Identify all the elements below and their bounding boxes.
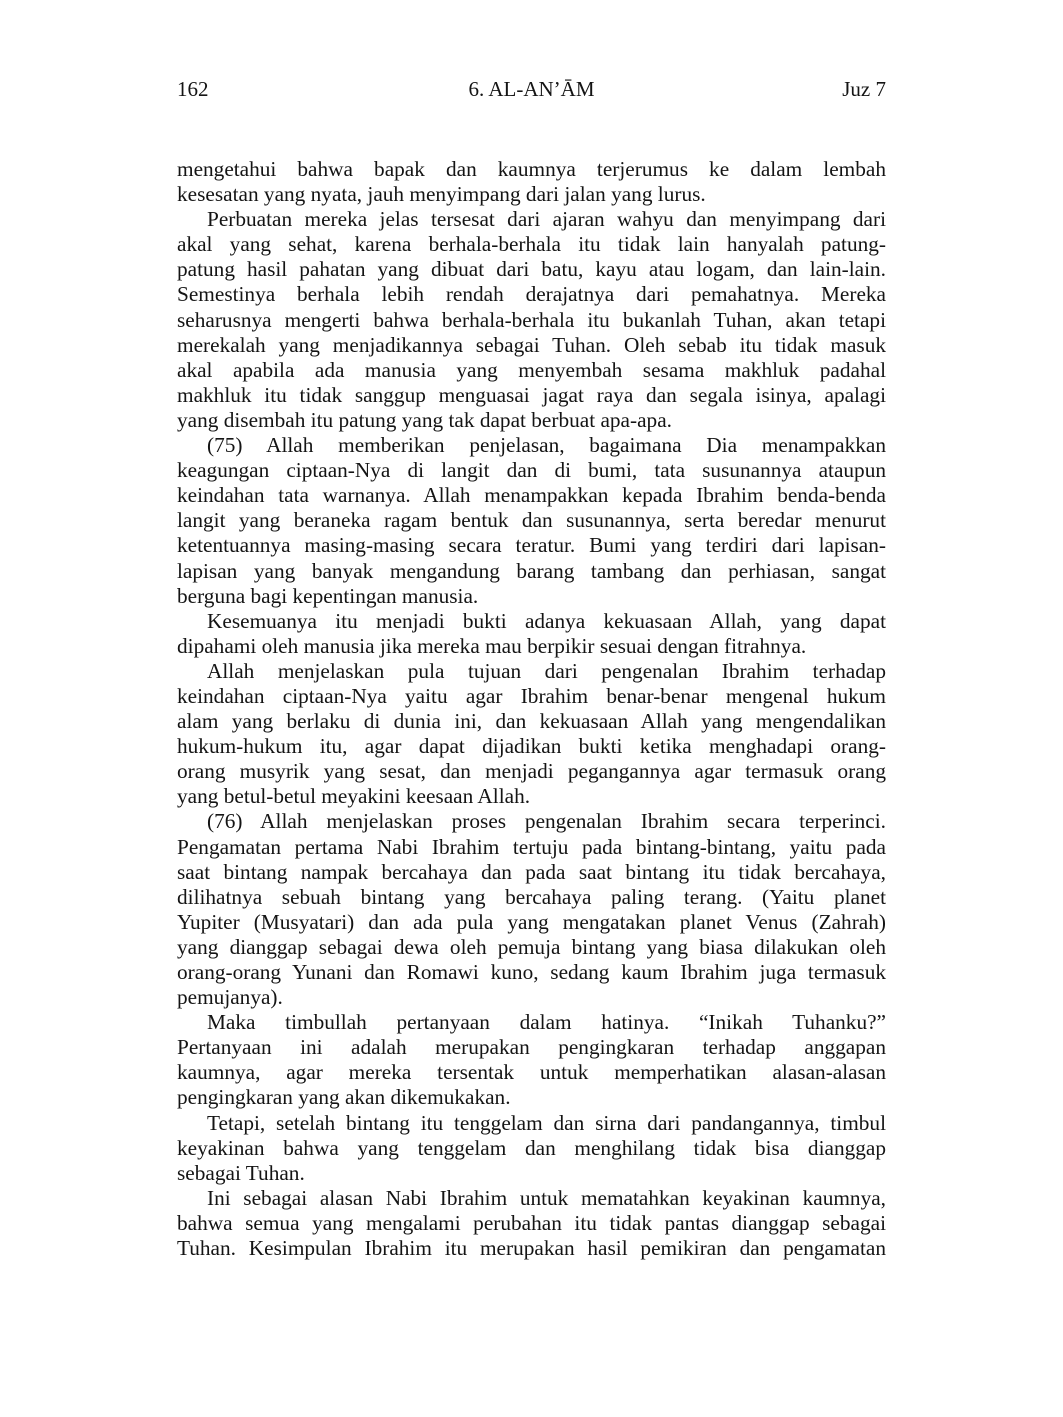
text-line: Pertanyaan ini adalah merupakan pengingk… bbox=[177, 1035, 886, 1060]
text-line: Tuhan. Kesimpulan Ibrahim itu merupakan … bbox=[177, 1236, 886, 1261]
text-line: orang musyrik yang sesat, dan menjadi pe… bbox=[177, 759, 886, 784]
text-line: seharusnya mengerti bahwa berhala-berhal… bbox=[177, 308, 886, 333]
paragraph: Tetapi, setelah bintang itu tenggelam da… bbox=[177, 1111, 886, 1186]
text-line: mengetahui bahwa bapak dan kaumnya terje… bbox=[177, 157, 886, 182]
paragraph: (76) Allah menjelaskan proses pengenalan… bbox=[177, 809, 886, 1010]
text-line: (76) Allah menjelaskan proses pengenalan… bbox=[177, 809, 886, 834]
paragraph: (75) Allah memberikan penjelasan, bagaim… bbox=[177, 433, 886, 609]
chapter-title: 6. AL-AN’ĀM bbox=[177, 74, 886, 104]
text-line: lapisan yang banyak mengandung barang ta… bbox=[177, 559, 886, 584]
text-line: yang betul-betul meyakini keesaan Allah. bbox=[177, 784, 886, 809]
text-line: Ini sebagai alasan Nabi Ibrahim untuk me… bbox=[177, 1186, 886, 1211]
text-line: sebagai Tuhan. bbox=[177, 1161, 886, 1186]
text-line: Allah menjelaskan pula tujuan dari penge… bbox=[177, 659, 886, 684]
text-line: keindahan tata warnanya. Allah menampakk… bbox=[177, 483, 886, 508]
text-line: makhluk itu tidak sanggup menguasai jaga… bbox=[177, 383, 886, 408]
text-line: yang disembah itu patung yang tak dapat … bbox=[177, 408, 886, 433]
text-line: alam yang berlaku di dunia ini, dan keku… bbox=[177, 709, 886, 734]
text-line: dilihatnya sebuah bintang yang bercahaya… bbox=[177, 885, 886, 910]
text-line: keindahan ciptaan-Nya yaitu agar Ibrahim… bbox=[177, 684, 886, 709]
text-line: merekalah yang menjadikannya sebagai Tuh… bbox=[177, 333, 886, 358]
text-line: kesesatan yang nyata, jauh menyimpang da… bbox=[177, 182, 886, 207]
text-line: pengingkaran yang akan dikemukakan. bbox=[177, 1085, 886, 1110]
text-line: Maka timbullah pertanyaan dalam hatinya.… bbox=[177, 1010, 886, 1035]
text-line: ketentuannya masing-masing secara teratu… bbox=[177, 533, 886, 558]
text-line: yang dianggap sebagai dewa oleh pemuja b… bbox=[177, 935, 886, 960]
paragraph: Maka timbullah pertanyaan dalam hatinya.… bbox=[177, 1010, 886, 1110]
text-line: Pengamatan pertama Nabi Ibrahim tertuju … bbox=[177, 835, 886, 860]
text-line: Kesemuanya itu menjadi bukti adanya keku… bbox=[177, 609, 886, 634]
text-line: bahwa semua yang mengalami perubahan itu… bbox=[177, 1211, 886, 1236]
text-line: Perbuatan mereka jelas tersesat dari aja… bbox=[177, 207, 886, 232]
text-line: dipahami oleh manusia jika mereka mau be… bbox=[177, 634, 886, 659]
body-text: mengetahui bahwa bapak dan kaumnya terje… bbox=[177, 157, 886, 1261]
text-line: saat bintang nampak bercahaya dan pada s… bbox=[177, 860, 886, 885]
text-line: langit yang beraneka ragam bentuk dan su… bbox=[177, 508, 886, 533]
text-line: hukum-hukum itu, agar dapat dijadikan bu… bbox=[177, 734, 886, 759]
paragraph: Ini sebagai alasan Nabi Ibrahim untuk me… bbox=[177, 1186, 886, 1261]
text-line: keyakinan bahwa yang tenggelam dan mengh… bbox=[177, 1136, 886, 1161]
text-line: akal yang sehat, karena berhala-berhala … bbox=[177, 232, 886, 257]
paragraph: mengetahui bahwa bapak dan kaumnya terje… bbox=[177, 157, 886, 207]
running-header: 162 6. AL-AN’ĀM Juz 7 bbox=[177, 74, 886, 104]
text-line: Semestinya berhala lebih rendah derajatn… bbox=[177, 282, 886, 307]
paragraph: Perbuatan mereka jelas tersesat dari aja… bbox=[177, 207, 886, 433]
book-page: 162 6. AL-AN’ĀM Juz 7 mengetahui bahwa b… bbox=[0, 0, 1063, 1417]
text-line: patung hasil pahatan yang dibuat dari ba… bbox=[177, 257, 886, 282]
paragraph: Kesemuanya itu menjadi bukti adanya keku… bbox=[177, 609, 886, 659]
text-line: kaumnya, agar mereka tersentak untuk mem… bbox=[177, 1060, 886, 1085]
paragraph: Allah menjelaskan pula tujuan dari penge… bbox=[177, 659, 886, 810]
text-line: Yupiter (Musyatari) dan ada pula yang me… bbox=[177, 910, 886, 935]
juz-label: Juz 7 bbox=[842, 74, 886, 104]
text-line: pemujanya). bbox=[177, 985, 886, 1010]
text-line: Tetapi, setelah bintang itu tenggelam da… bbox=[177, 1111, 886, 1136]
text-line: keagungan ciptaan-Nya di langit dan di b… bbox=[177, 458, 886, 483]
text-line: (75) Allah memberikan penjelasan, bagaim… bbox=[177, 433, 886, 458]
text-line: berguna bagi kepentingan manusia. bbox=[177, 584, 886, 609]
text-line: orang-orang Yunani dan Romawi kuno, seda… bbox=[177, 960, 886, 985]
text-line: akal apabila ada manusia yang menyembah … bbox=[177, 358, 886, 383]
